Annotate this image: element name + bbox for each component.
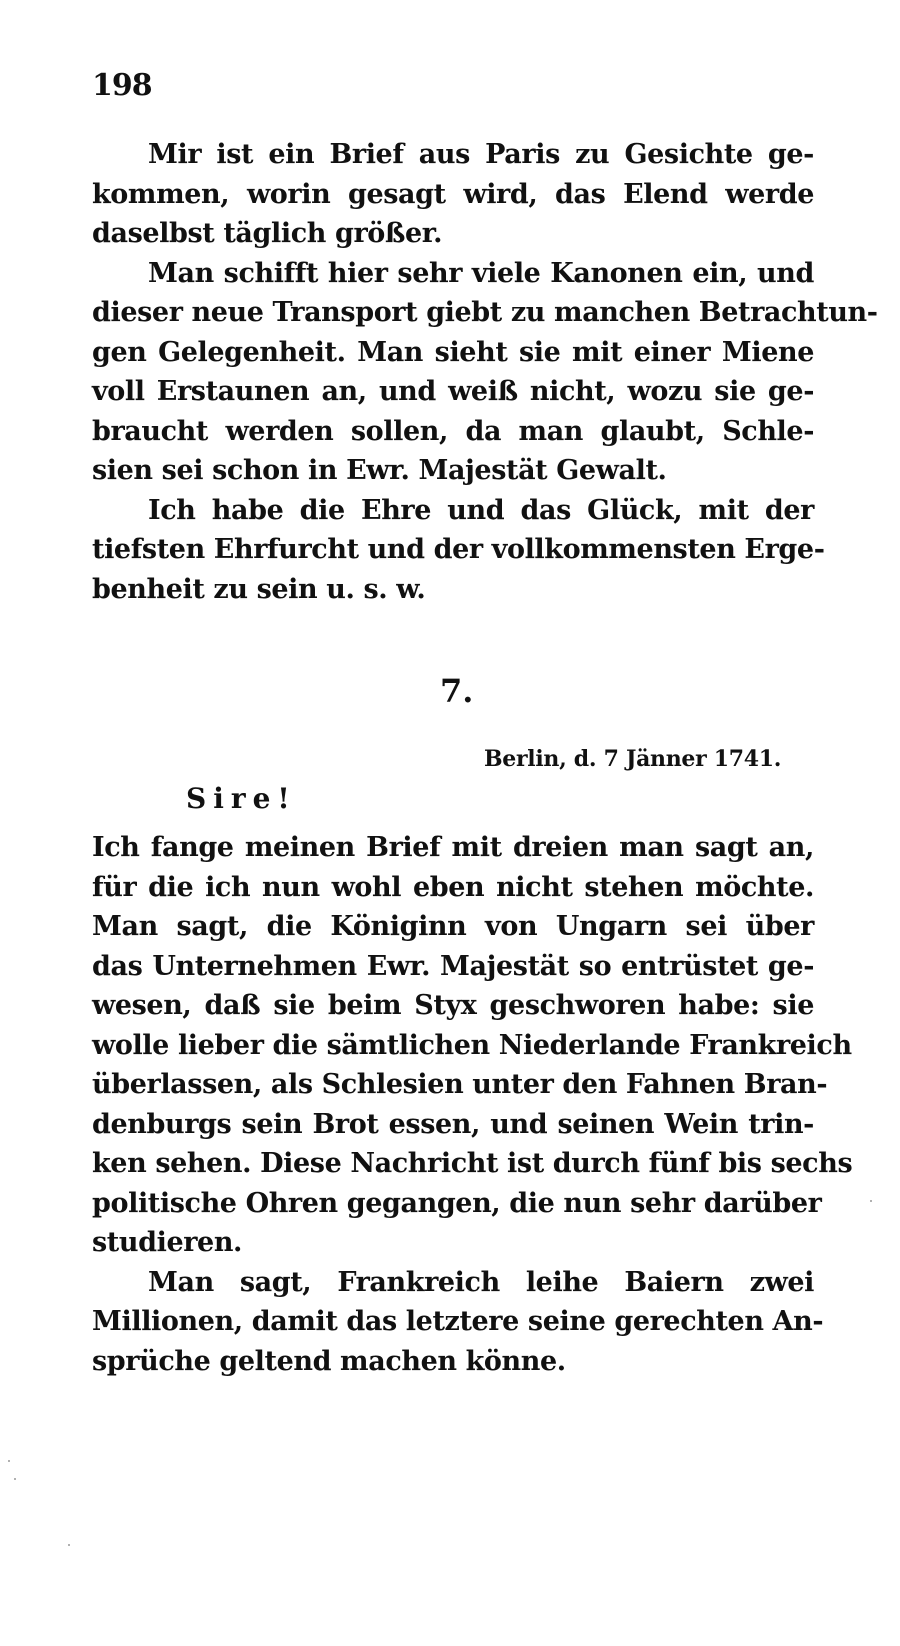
text-line: wesen, daß sie beim Styx geschworen habe… — [92, 986, 814, 1026]
text-line: studieren. — [92, 1223, 814, 1263]
text-line: sprüche geltend machen könne. — [92, 1342, 814, 1382]
paper-speck — [68, 1544, 70, 1546]
letter-number-heading: 7. — [440, 672, 473, 710]
paper-speck — [14, 1478, 16, 1480]
letter-salutation: Sire! — [186, 782, 297, 815]
text-line: sien sei schon in Ewr. Majestät Gewalt. — [92, 451, 814, 491]
text-line: daselbst täglich größer. — [92, 214, 814, 254]
text-line: gen Gelegenheit. Man sieht sie mit einer… — [92, 333, 814, 373]
book-page: 198 Mir ist ein Brief aus Paris zu Gesic… — [0, 0, 900, 1646]
text-line: Ich habe die Ehre und das Glück, mit der — [92, 491, 814, 531]
page-number: 198 — [92, 68, 152, 103]
text-line: denburgs sein Brot essen, und seinen Wei… — [92, 1105, 814, 1145]
text-line: wolle lieber die sämtlichen Niederlande … — [92, 1026, 814, 1066]
text-line: benheit zu sein u. s. w. — [92, 570, 814, 610]
text-line: Millionen, damit das letztere seine gere… — [92, 1302, 814, 1342]
text-line-dropcap: Ich fange meinen Brief mit dreien man sa… — [92, 828, 814, 868]
paper-speck — [8, 1460, 10, 1462]
text-line: politische Ohren gegangen, die nun sehr … — [92, 1184, 814, 1224]
letter-closing-section: Mir ist ein Brief aus Paris zu Gesichte … — [92, 135, 814, 609]
text-line: kommen, worin gesagt wird, das Elend wer… — [92, 175, 814, 215]
text-line: ken sehen. Diese Nachricht ist durch fün… — [92, 1144, 814, 1184]
letter-body-section: Ich fange meinen Brief mit dreien man sa… — [92, 828, 814, 1381]
text-line: Man schifft hier sehr viele Kanonen ein,… — [92, 254, 814, 294]
text-line: überlassen, als Schlesien unter den Fahn… — [92, 1065, 814, 1105]
text-line: Mir ist ein Brief aus Paris zu Gesichte … — [92, 135, 814, 175]
text-line: tiefsten Ehrfurcht und der vollkommenste… — [92, 530, 814, 570]
text-line: für die ich nun wohl eben nicht stehen m… — [92, 868, 814, 908]
text-line: Man sagt, Frankreich leihe Baiern zwei — [92, 1263, 814, 1303]
text-line: braucht werden sollen, da man glaubt, Sc… — [92, 412, 814, 452]
paper-speck — [870, 1200, 872, 1202]
letter-dateline: Berlin, d. 7 Jänner 1741. — [484, 746, 781, 772]
text-line: dieser neue Transport giebt zu manchen B… — [92, 293, 814, 333]
text-line: Man sagt, die Königinn von Ungarn sei üb… — [92, 907, 814, 947]
text-line: das Unternehmen Ewr. Majestät so entrüst… — [92, 947, 814, 987]
text-line: voll Erstaunen an, und weiß nicht, wozu … — [92, 372, 814, 412]
